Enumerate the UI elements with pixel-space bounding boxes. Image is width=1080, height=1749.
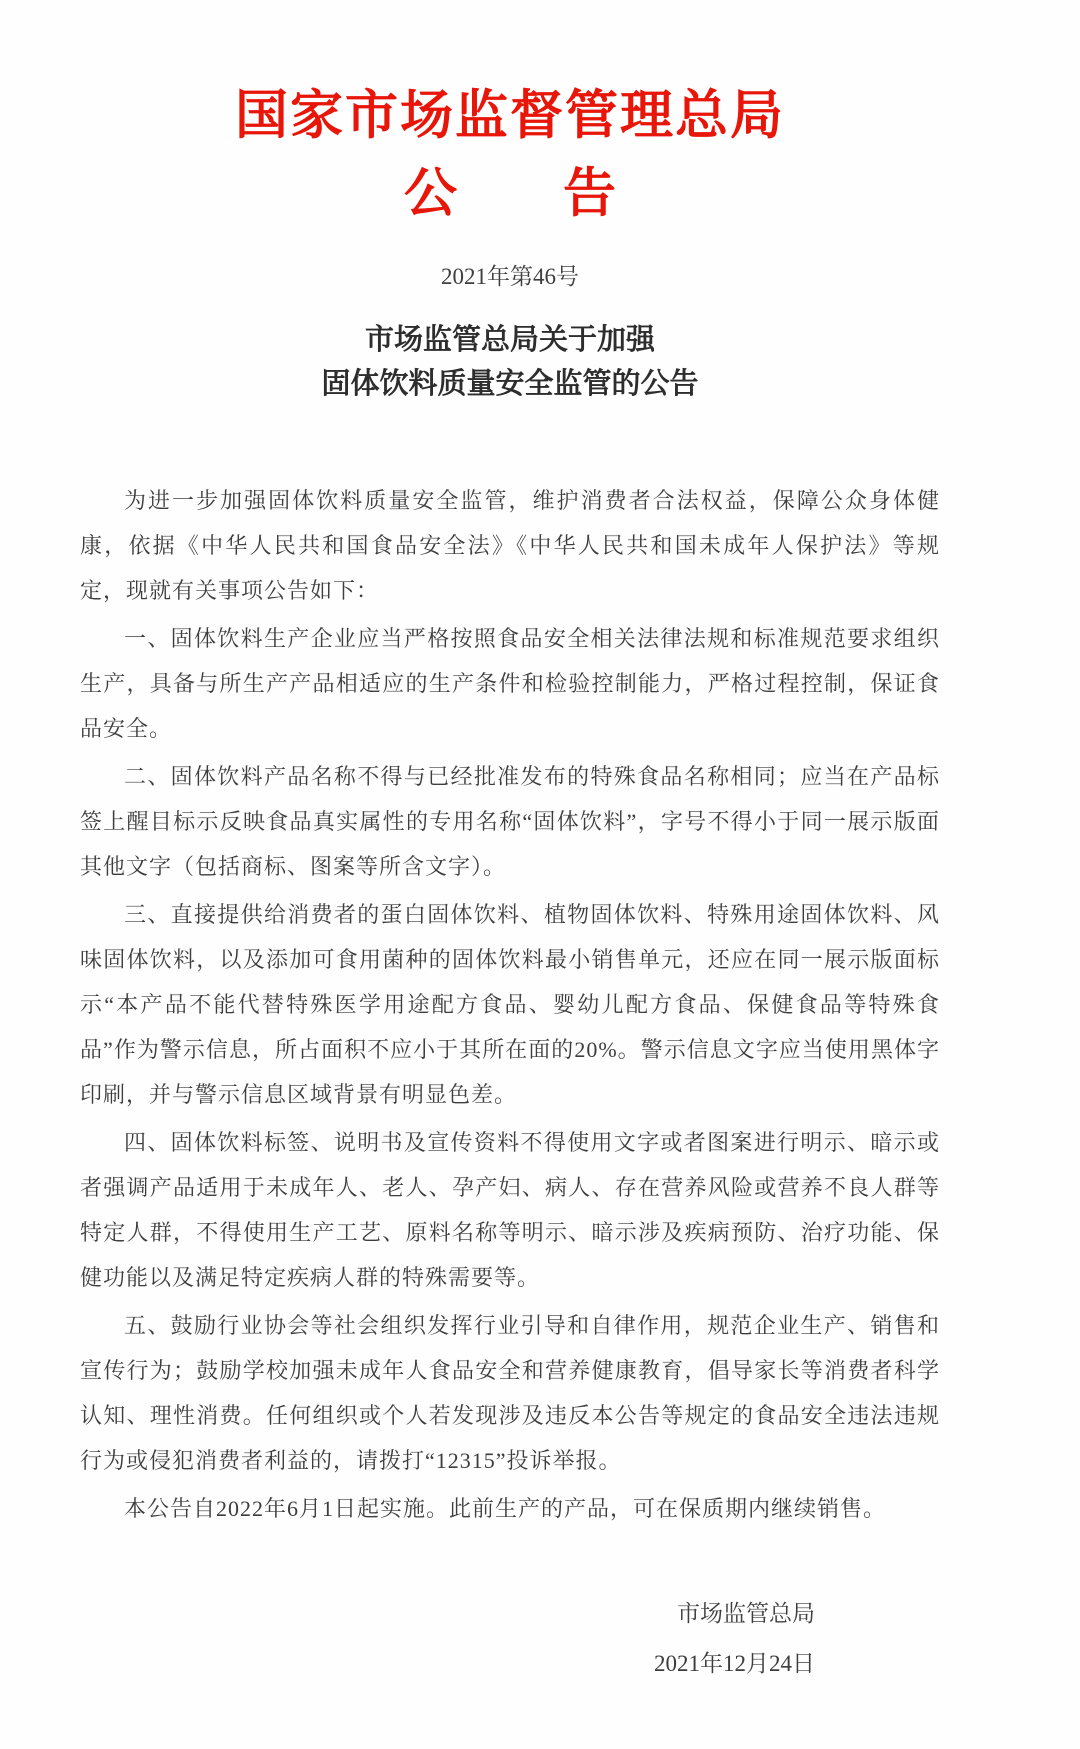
notice-word-title: 公 告 bbox=[80, 166, 940, 222]
paragraph-effective-date: 本公告自2022年6月1日起实施。此前生产的产品，可在保质期内继续销售。 bbox=[80, 1486, 940, 1531]
paragraph-item-1: 一、固体饮料生产企业应当严格按照食品安全相关法律法规和标准规范要求组织生产，具备… bbox=[80, 616, 940, 751]
paragraph-item-5: 五、鼓励行业协会等社会组织发挥行业引导和自律作用，规范企业生产、销售和宣传行为；… bbox=[80, 1303, 940, 1483]
signature-issuer: 市场监管总局 bbox=[80, 1589, 815, 1639]
paragraph-intro: 为进一步加强固体饮料质量安全监管，维护消费者合法权益，保障公众身体健康，依据《中… bbox=[80, 478, 940, 613]
subtitle-line-2: 固体饮料质量安全监管的公告 bbox=[80, 362, 940, 406]
announcement-body: 为进一步加强固体饮料质量安全监管，维护消费者合法权益，保障公众身体健康，依据《中… bbox=[80, 478, 940, 1531]
announcement-subtitle: 市场监管总局关于加强 固体饮料质量安全监管的公告 bbox=[80, 318, 940, 406]
paragraph-item-2: 二、固体饮料产品名称不得与已经批准发布的特殊食品名称相同；应当在产品标签上醒目标… bbox=[80, 754, 940, 889]
paragraph-item-4: 四、固体饮料标签、说明书及宣传资料不得使用文字或者图案进行明示、暗示或者强调产品… bbox=[80, 1120, 940, 1300]
doc-number: 2021年第46号 bbox=[80, 262, 940, 292]
paragraph-item-3: 三、直接提供给消费者的蛋白固体饮料、植物固体饮料、特殊用途固体饮料、风味固体饮料… bbox=[80, 892, 940, 1117]
document-header: 国家市场监督管理总局 公 告 2021年第46号 市场监管总局关于加强 固体饮料… bbox=[80, 88, 940, 406]
subtitle-line-1: 市场监管总局关于加强 bbox=[80, 318, 940, 362]
agency-title: 国家市场监督管理总局 bbox=[80, 88, 940, 144]
announcement-document: 国家市场监督管理总局 公 告 2021年第46号 市场监管总局关于加强 固体饮料… bbox=[0, 0, 1080, 1749]
signature-block: 市场监管总局 2021年12月24日 bbox=[80, 1589, 940, 1689]
signature-date: 2021年12月24日 bbox=[80, 1639, 815, 1689]
